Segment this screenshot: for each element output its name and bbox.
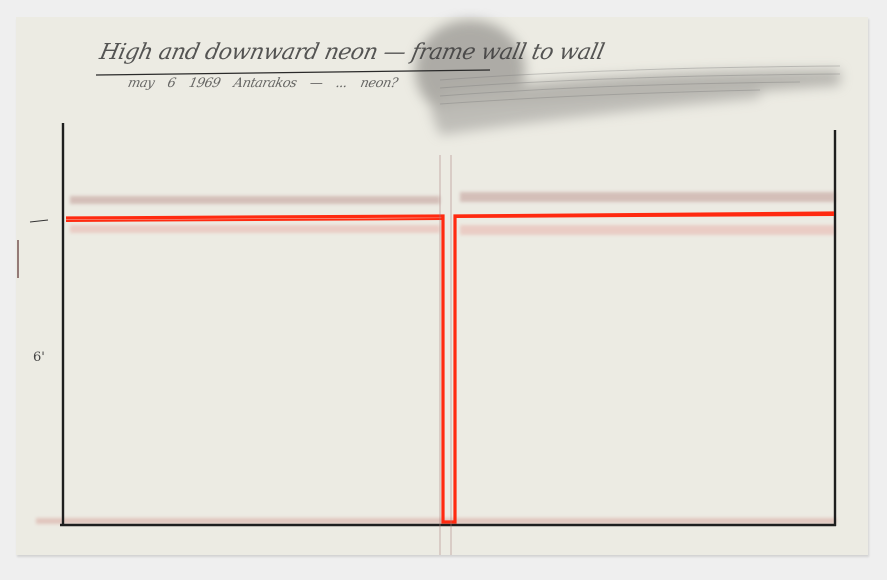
- graphite-frame: [60, 123, 836, 526]
- handwritten-date-note: may 6 1969 Antarakos — ... neon?: [126, 76, 398, 91]
- rail-haze: [36, 192, 836, 524]
- height-annotation: 6': [33, 350, 45, 365]
- neon-red-tube: [66, 213, 834, 522]
- handwritten-title: High and downward neon — frame wall to w…: [97, 40, 606, 65]
- left-tick: [30, 220, 48, 222]
